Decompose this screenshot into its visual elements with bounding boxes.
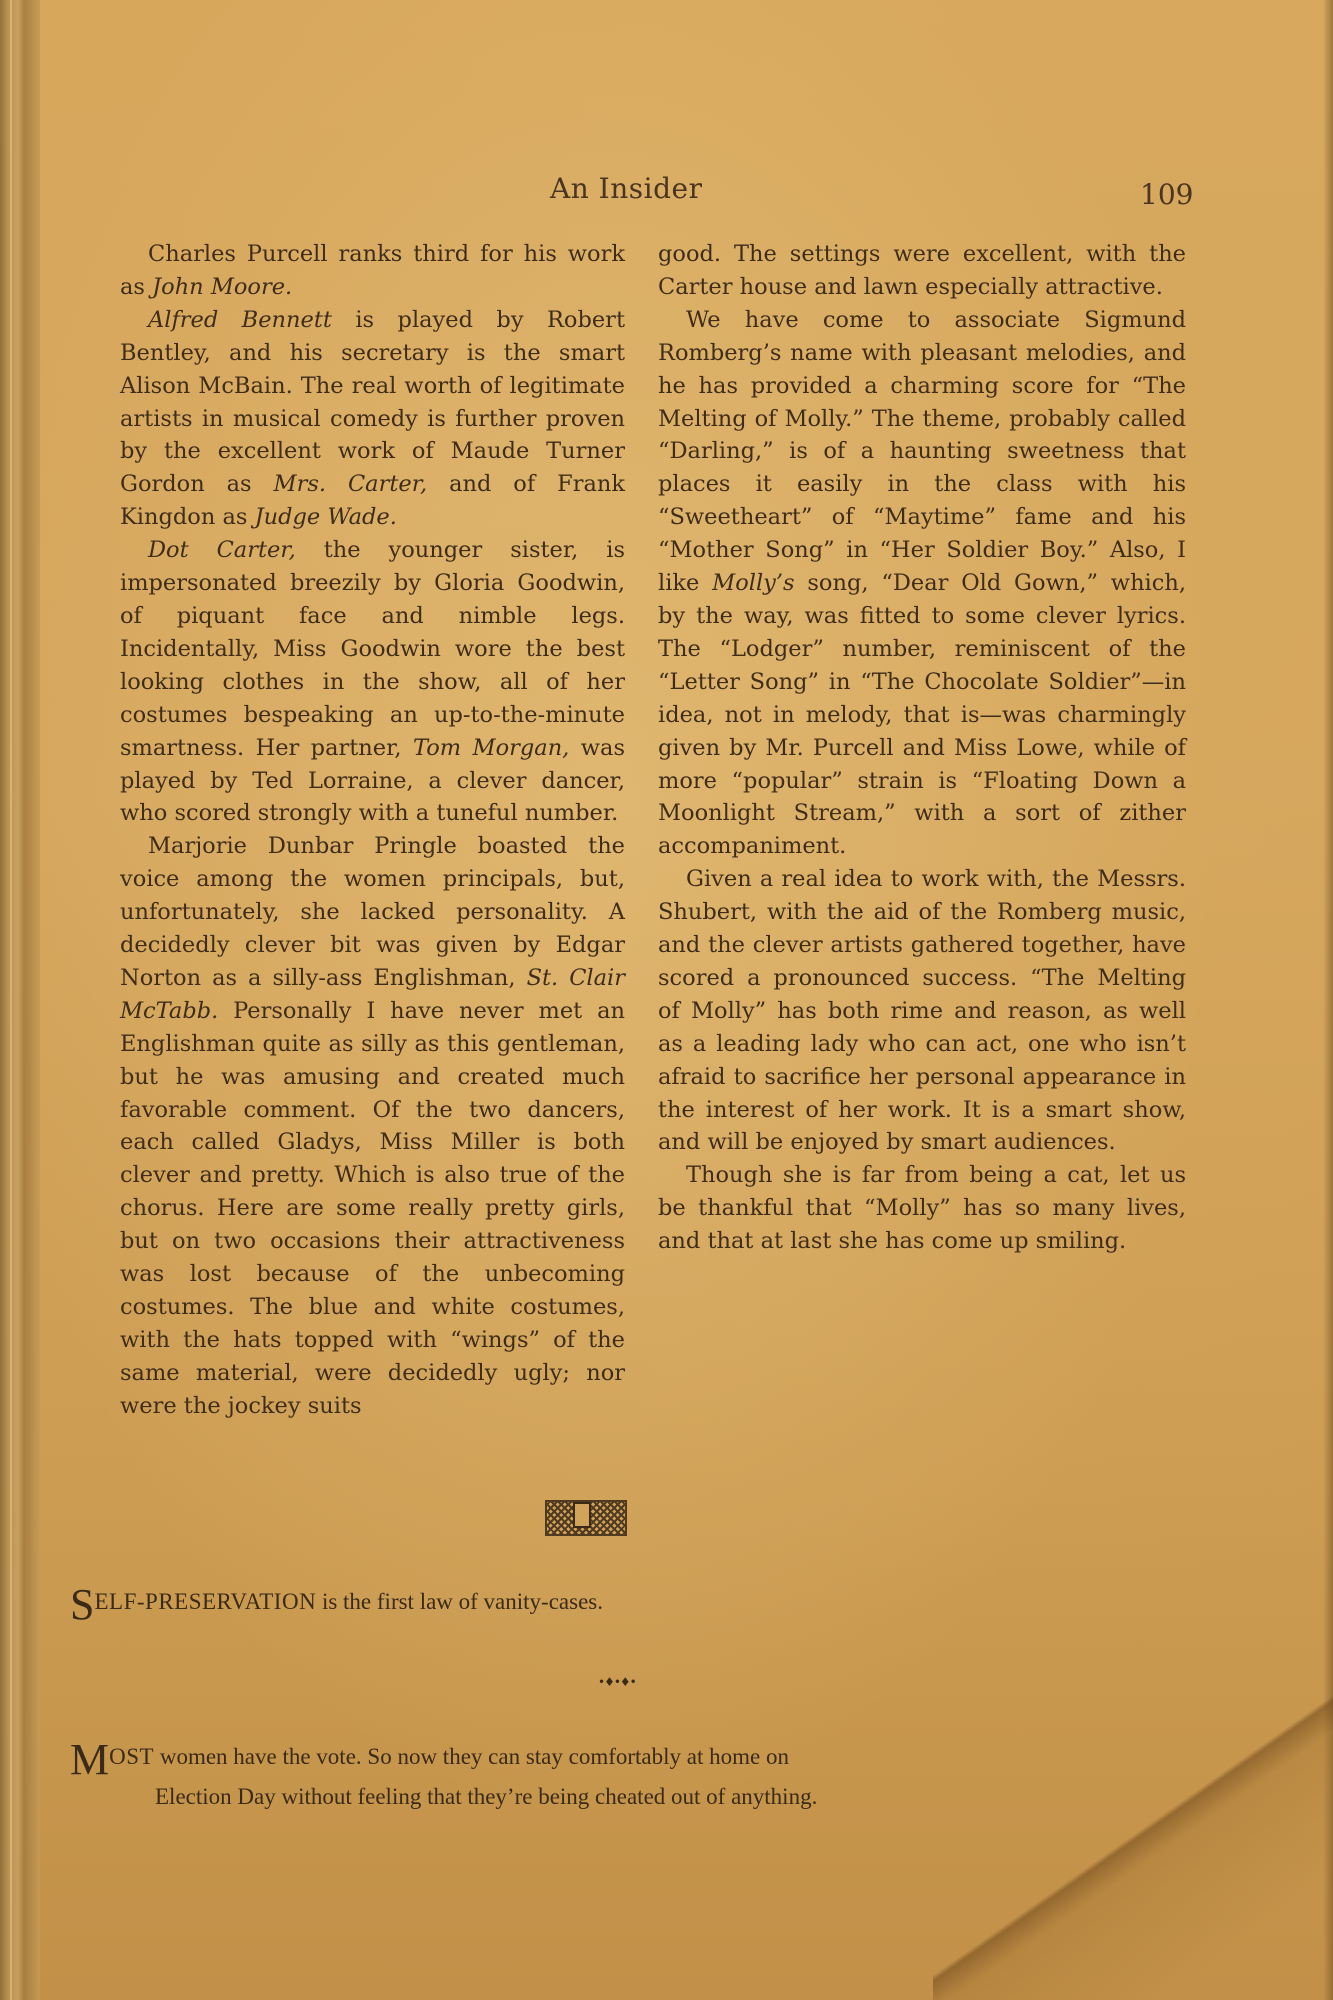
italic-role-name: Dot Carter,: [148, 537, 296, 563]
paragraph: Charles Purcell ranks third for his work…: [120, 238, 625, 304]
italic-role-name: Judge Wade.: [255, 504, 397, 530]
paragraph: Given a real idea to work with, the Mess…: [658, 863, 1186, 1159]
paragraph: We have come to associate Sigmund Romber…: [658, 304, 1186, 863]
book-page: An Insider 109 Charles Purcell ranks thi…: [0, 0, 1333, 2000]
text-run: Though she is far from being a cat, let …: [658, 1162, 1186, 1254]
drop-cap: M: [70, 1735, 109, 1784]
italic-role-name: Mrs. Carter,: [274, 471, 428, 497]
page-number: 109: [1140, 178, 1193, 211]
epigram-text: is the first law of vanity-cases.: [316, 1589, 603, 1614]
text-run: song, “Dear Old Gown,” which, by the way…: [658, 570, 1186, 859]
text-run: Given a real idea to work with, the Mess…: [658, 866, 1186, 1155]
drop-cap: S: [70, 1580, 94, 1629]
epigram-self-preservation: SELF-PRESERVATION is the first law of va…: [70, 1583, 603, 1627]
italic-role-name: Tom Morgan,: [413, 735, 569, 761]
italic-role-name: John Moore.: [152, 274, 292, 300]
running-title: An Insider: [550, 172, 702, 205]
divider-ornament-icon: •♦•♦•: [598, 1675, 636, 1689]
text-run: Personally I have never met an Englishma…: [120, 998, 625, 1419]
paragraph: Marjorie Dunbar Pringle boasted the voic…: [120, 830, 625, 1422]
text-run: is played by Robert Bentley, and his sec…: [120, 307, 625, 498]
binding-edge: [0, 0, 40, 2000]
page-corner-fold: [933, 1670, 1333, 2000]
text-run: good. The settings were excellent, with …: [658, 241, 1186, 300]
paragraph: Alfred Bennett is played by Robert Bentl…: [120, 304, 625, 534]
paragraph: Dot Carter, the younger sister, is imper…: [120, 534, 625, 830]
paragraph: good. The settings were excellent, with …: [658, 238, 1186, 304]
text-run: the younger sister, is impersonated bree…: [120, 537, 625, 760]
binding-line: [10, 0, 12, 2000]
epigram-text-line2: Election Day without feeling that they’r…: [70, 1784, 1190, 1810]
right-column: good. The settings were excellent, with …: [658, 238, 1186, 1258]
left-column: Charles Purcell ranks third for his work…: [120, 238, 625, 1423]
ornament-center-icon: [573, 1502, 591, 1528]
running-head: An Insider 109: [0, 172, 1333, 212]
italic-role-name: Alfred Bennett: [148, 307, 332, 333]
paragraph: Though she is far from being a cat, let …: [658, 1159, 1186, 1258]
epigram-caps: OST: [109, 1744, 154, 1769]
epigram-election-day: MOST women have the vote. So now they ca…: [70, 1738, 1190, 1810]
text-run: We have come to associate Sigmund Romber…: [658, 307, 1186, 596]
epigram-caps: ELF-PRESERVATION: [94, 1589, 316, 1614]
epigram-text: women have the vote. So now they can sta…: [154, 1744, 789, 1769]
italic-role-name: Molly’s: [712, 570, 794, 596]
